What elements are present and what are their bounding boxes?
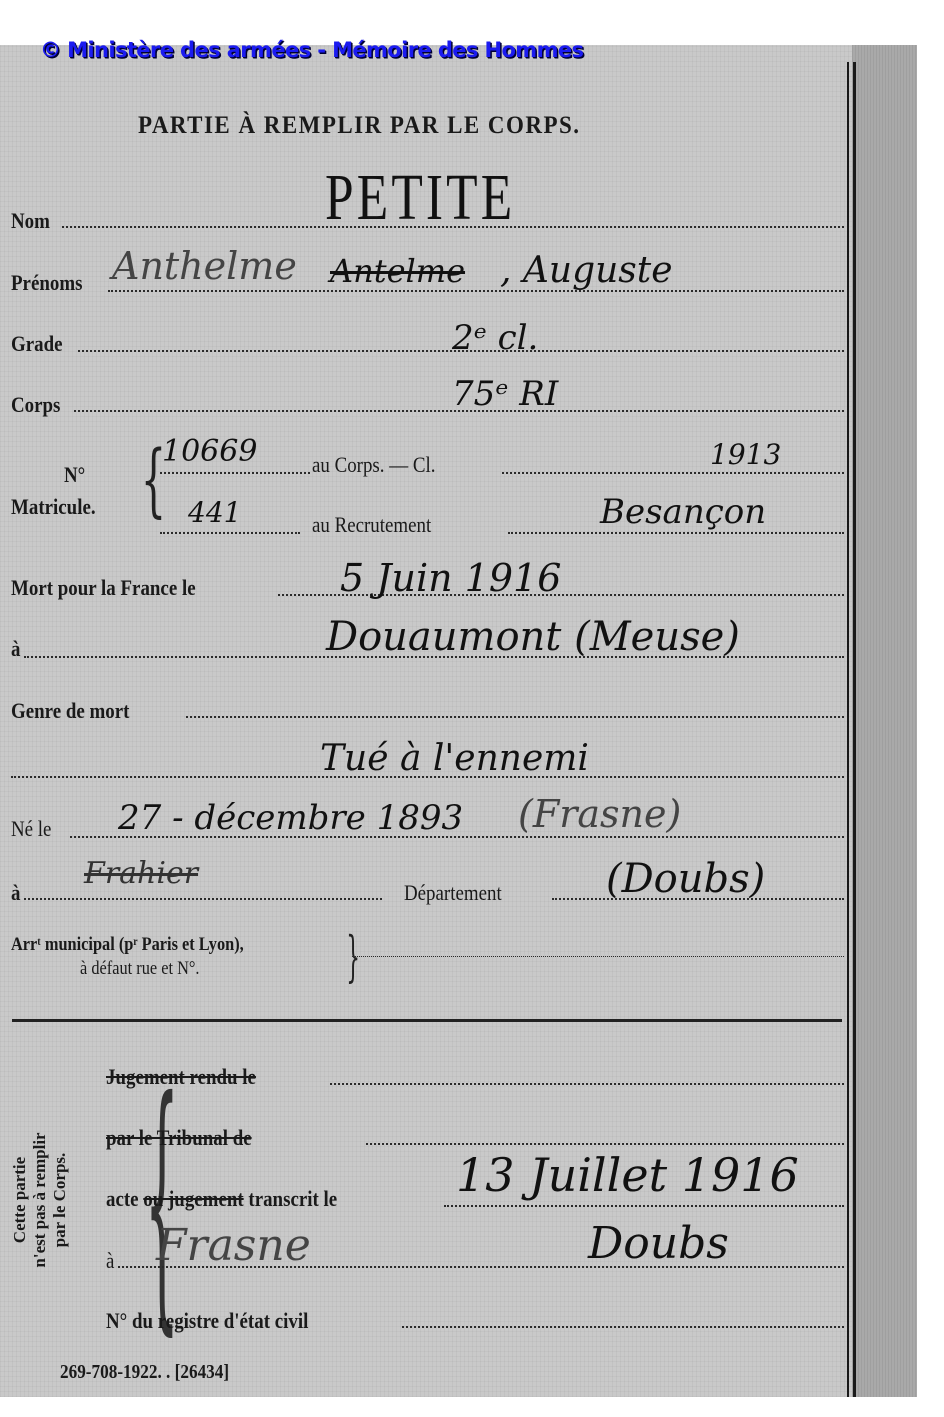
- label-a: à: [11, 880, 20, 906]
- side-note-line: n'est pas à remplir: [30, 1095, 50, 1305]
- form-header: PARTIE À REMPLIR PAR LE CORPS.: [138, 112, 580, 140]
- entry-date-deces: 5 Juin 1916: [340, 556, 561, 600]
- label-nom: Nom: [11, 208, 50, 234]
- entry-departement: (Doubs): [606, 856, 765, 902]
- brace: {: [346, 930, 360, 984]
- section-divider: [12, 1019, 842, 1022]
- field-line: [160, 532, 300, 534]
- entry-transcription-departement: Doubs: [588, 1218, 729, 1269]
- entry-matricule-recrutement: 441: [188, 496, 241, 529]
- side-note-line: Cette partie: [10, 1095, 30, 1305]
- field-line: [444, 1205, 844, 1207]
- entry-nom: PETITE: [325, 160, 515, 236]
- label-transcrit-le: transcrit le: [248, 1186, 337, 1211]
- entry-recrutement: Besançon: [600, 492, 766, 532]
- label-ou-jugement: ou jugement: [143, 1186, 243, 1211]
- label-ne-le: Né le: [11, 816, 51, 842]
- label-no: N°: [64, 462, 85, 488]
- label-acte-text: acte: [106, 1186, 139, 1211]
- label-par-le-tribunal: par le Tribunal de: [106, 1125, 252, 1151]
- label-a-defaut: à défaut rue et N°.: [80, 958, 199, 980]
- label-genre-de-mort: Genre de mort: [11, 698, 129, 724]
- field-line: [502, 472, 844, 474]
- label-departement: Département: [404, 880, 502, 906]
- entry-transcription-date: 13 Juillet 1916: [456, 1148, 799, 1202]
- entry-lieu-naissance-struck: Frahier: [84, 856, 198, 891]
- label-au-corps: au Corps. — Cl.: [312, 452, 436, 478]
- label-mort-pour-la-france: Mort pour la France le: [11, 575, 196, 601]
- margin-line: [853, 62, 856, 1397]
- entry-date-naissance: 27 - décembre 1893: [118, 798, 463, 838]
- label-jugement-rendu-le: Jugement rendu le: [106, 1064, 256, 1090]
- margin-line: [847, 62, 849, 1397]
- entry-lieu-deces: Douaumont (Meuse): [326, 614, 740, 660]
- label-corps: Corps: [11, 392, 60, 418]
- field-line: [62, 226, 844, 228]
- field-line: [160, 472, 310, 474]
- label-acte: acte ou jugement transcrit le: [106, 1186, 337, 1212]
- entry-corps: 75ᵉ RI: [452, 374, 558, 414]
- entry-prenoms-rest: , Auguste: [500, 250, 673, 291]
- entry-matricule-corps: 10669: [162, 434, 257, 469]
- label-au-recrutement: au Recrutement: [312, 512, 431, 538]
- entry-prenoms-corrected: Anthelme: [112, 244, 297, 288]
- field-line: [352, 956, 844, 957]
- entry-genre-de-mort: Tué à l'ennemi: [320, 738, 589, 779]
- field-line: [402, 1326, 844, 1328]
- entry-transcription-lieu: Frasne: [156, 1220, 311, 1271]
- field-line: [24, 898, 382, 900]
- entry-lieu-naissance-corrected: (Frasne): [518, 792, 681, 836]
- side-note: Cette partie n'est pas à remplir par le …: [10, 1095, 70, 1305]
- field-line: [366, 1143, 844, 1145]
- field-line: [508, 532, 844, 534]
- copyright-watermark: © Ministère des armées - Mémoire des Hom…: [40, 38, 583, 62]
- label-a: à: [11, 636, 20, 662]
- side-note-line: par le Corps.: [50, 1095, 70, 1305]
- form-reference: 269-708-1922. . [26434]: [60, 1361, 229, 1384]
- label-prenoms: Prénoms: [11, 270, 82, 296]
- entry-classe: 1913: [710, 438, 781, 471]
- field-line: [108, 290, 844, 292]
- label-arr-municipal: Arrᵗ municipal (pʳ Paris et Lyon),: [11, 934, 244, 956]
- field-line: [186, 716, 844, 718]
- label-no-registre: N° du registre d'état civil: [106, 1308, 308, 1334]
- field-line: [330, 1083, 844, 1085]
- entry-grade: 2ᵉ cl.: [452, 318, 538, 358]
- entry-prenoms-struck: Antelme: [330, 252, 465, 290]
- label-matricule: Matricule.: [11, 494, 96, 520]
- label-grade: Grade: [11, 331, 63, 357]
- page-gutter: [852, 45, 917, 1397]
- label-a: à: [106, 1248, 114, 1274]
